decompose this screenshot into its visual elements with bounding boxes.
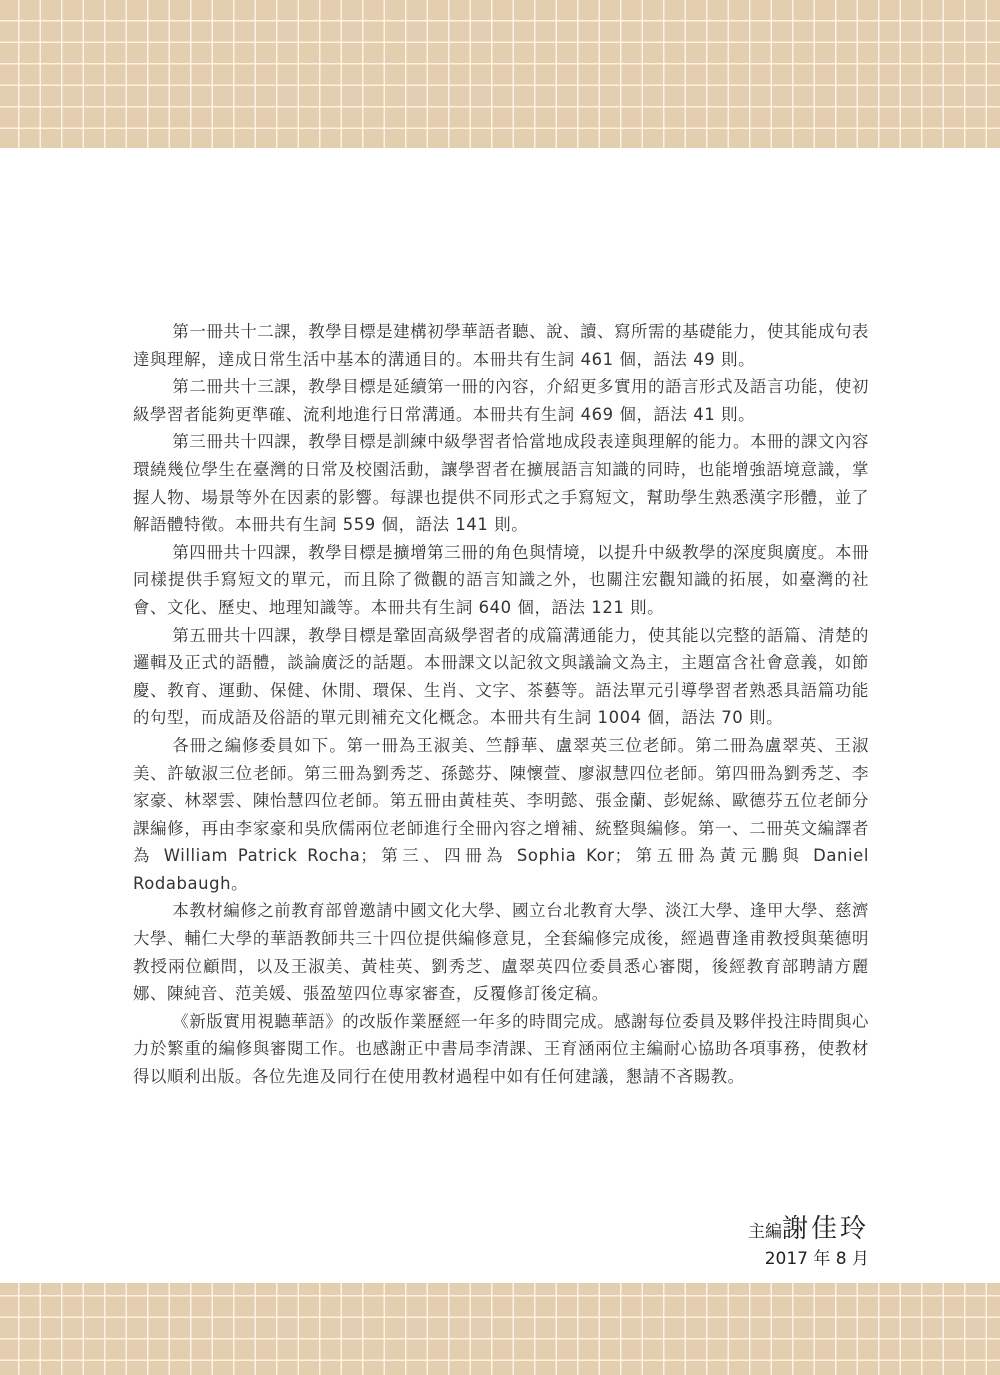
paragraph-editors: 各冊之編修委員如下。第一冊為王淑美、竺靜華、盧翠英三位老師。第二冊為盧翠英、王淑… [133,732,869,898]
paragraph-volume-4: 第四冊共十四課，教學目標是擴增第三冊的角色與情境，以提升中級教學的深度與廣度。本… [133,539,869,622]
paragraph-volume-1: 第一冊共十二課，教學目標是建構初學華語者聽、說、讀、寫所需的基礎能力，使其能成句… [133,318,869,373]
paragraph-volume-3: 第三冊共十四課，教學目標是訓練中級學習者恰當地成段表達與理解的能力。本冊的課文內… [133,428,869,538]
paragraph-volume-2: 第二冊共十三課，教學目標是延續第一冊的內容，介紹更多實用的語言形式及語言功能，使… [133,373,869,428]
paragraph-volume-5: 第五冊共十四課，教學目標是鞏固高級學習者的成篇溝通能力，使其能以完整的語篇、清楚… [133,622,869,732]
paragraph-review: 本教材編修之前教育部曾邀請中國文化大學、國立台北教育大學、淡江大學、逢甲大學、慈… [133,897,869,1007]
decorative-grid-header-band [0,0,1000,148]
preface-body: 第一冊共十二課，教學目標是建構初學華語者聽、說、讀、寫所需的基礎能力，使其能成句… [133,318,869,1091]
signature-date: 2017 年 8 月 [765,1244,869,1269]
signature-name: 謝佳玲 [782,1214,869,1244]
signature-role: 主編 [748,1222,782,1242]
decorative-grid-footer-band [0,1283,1000,1375]
paragraph-acknowledgements: 《新版實用視聽華語》的改版作業歷經一年多的時間完成。感謝每位委員及夥伴投注時間與… [133,1008,869,1091]
signature: 主編謝佳玲 [748,1208,869,1245]
